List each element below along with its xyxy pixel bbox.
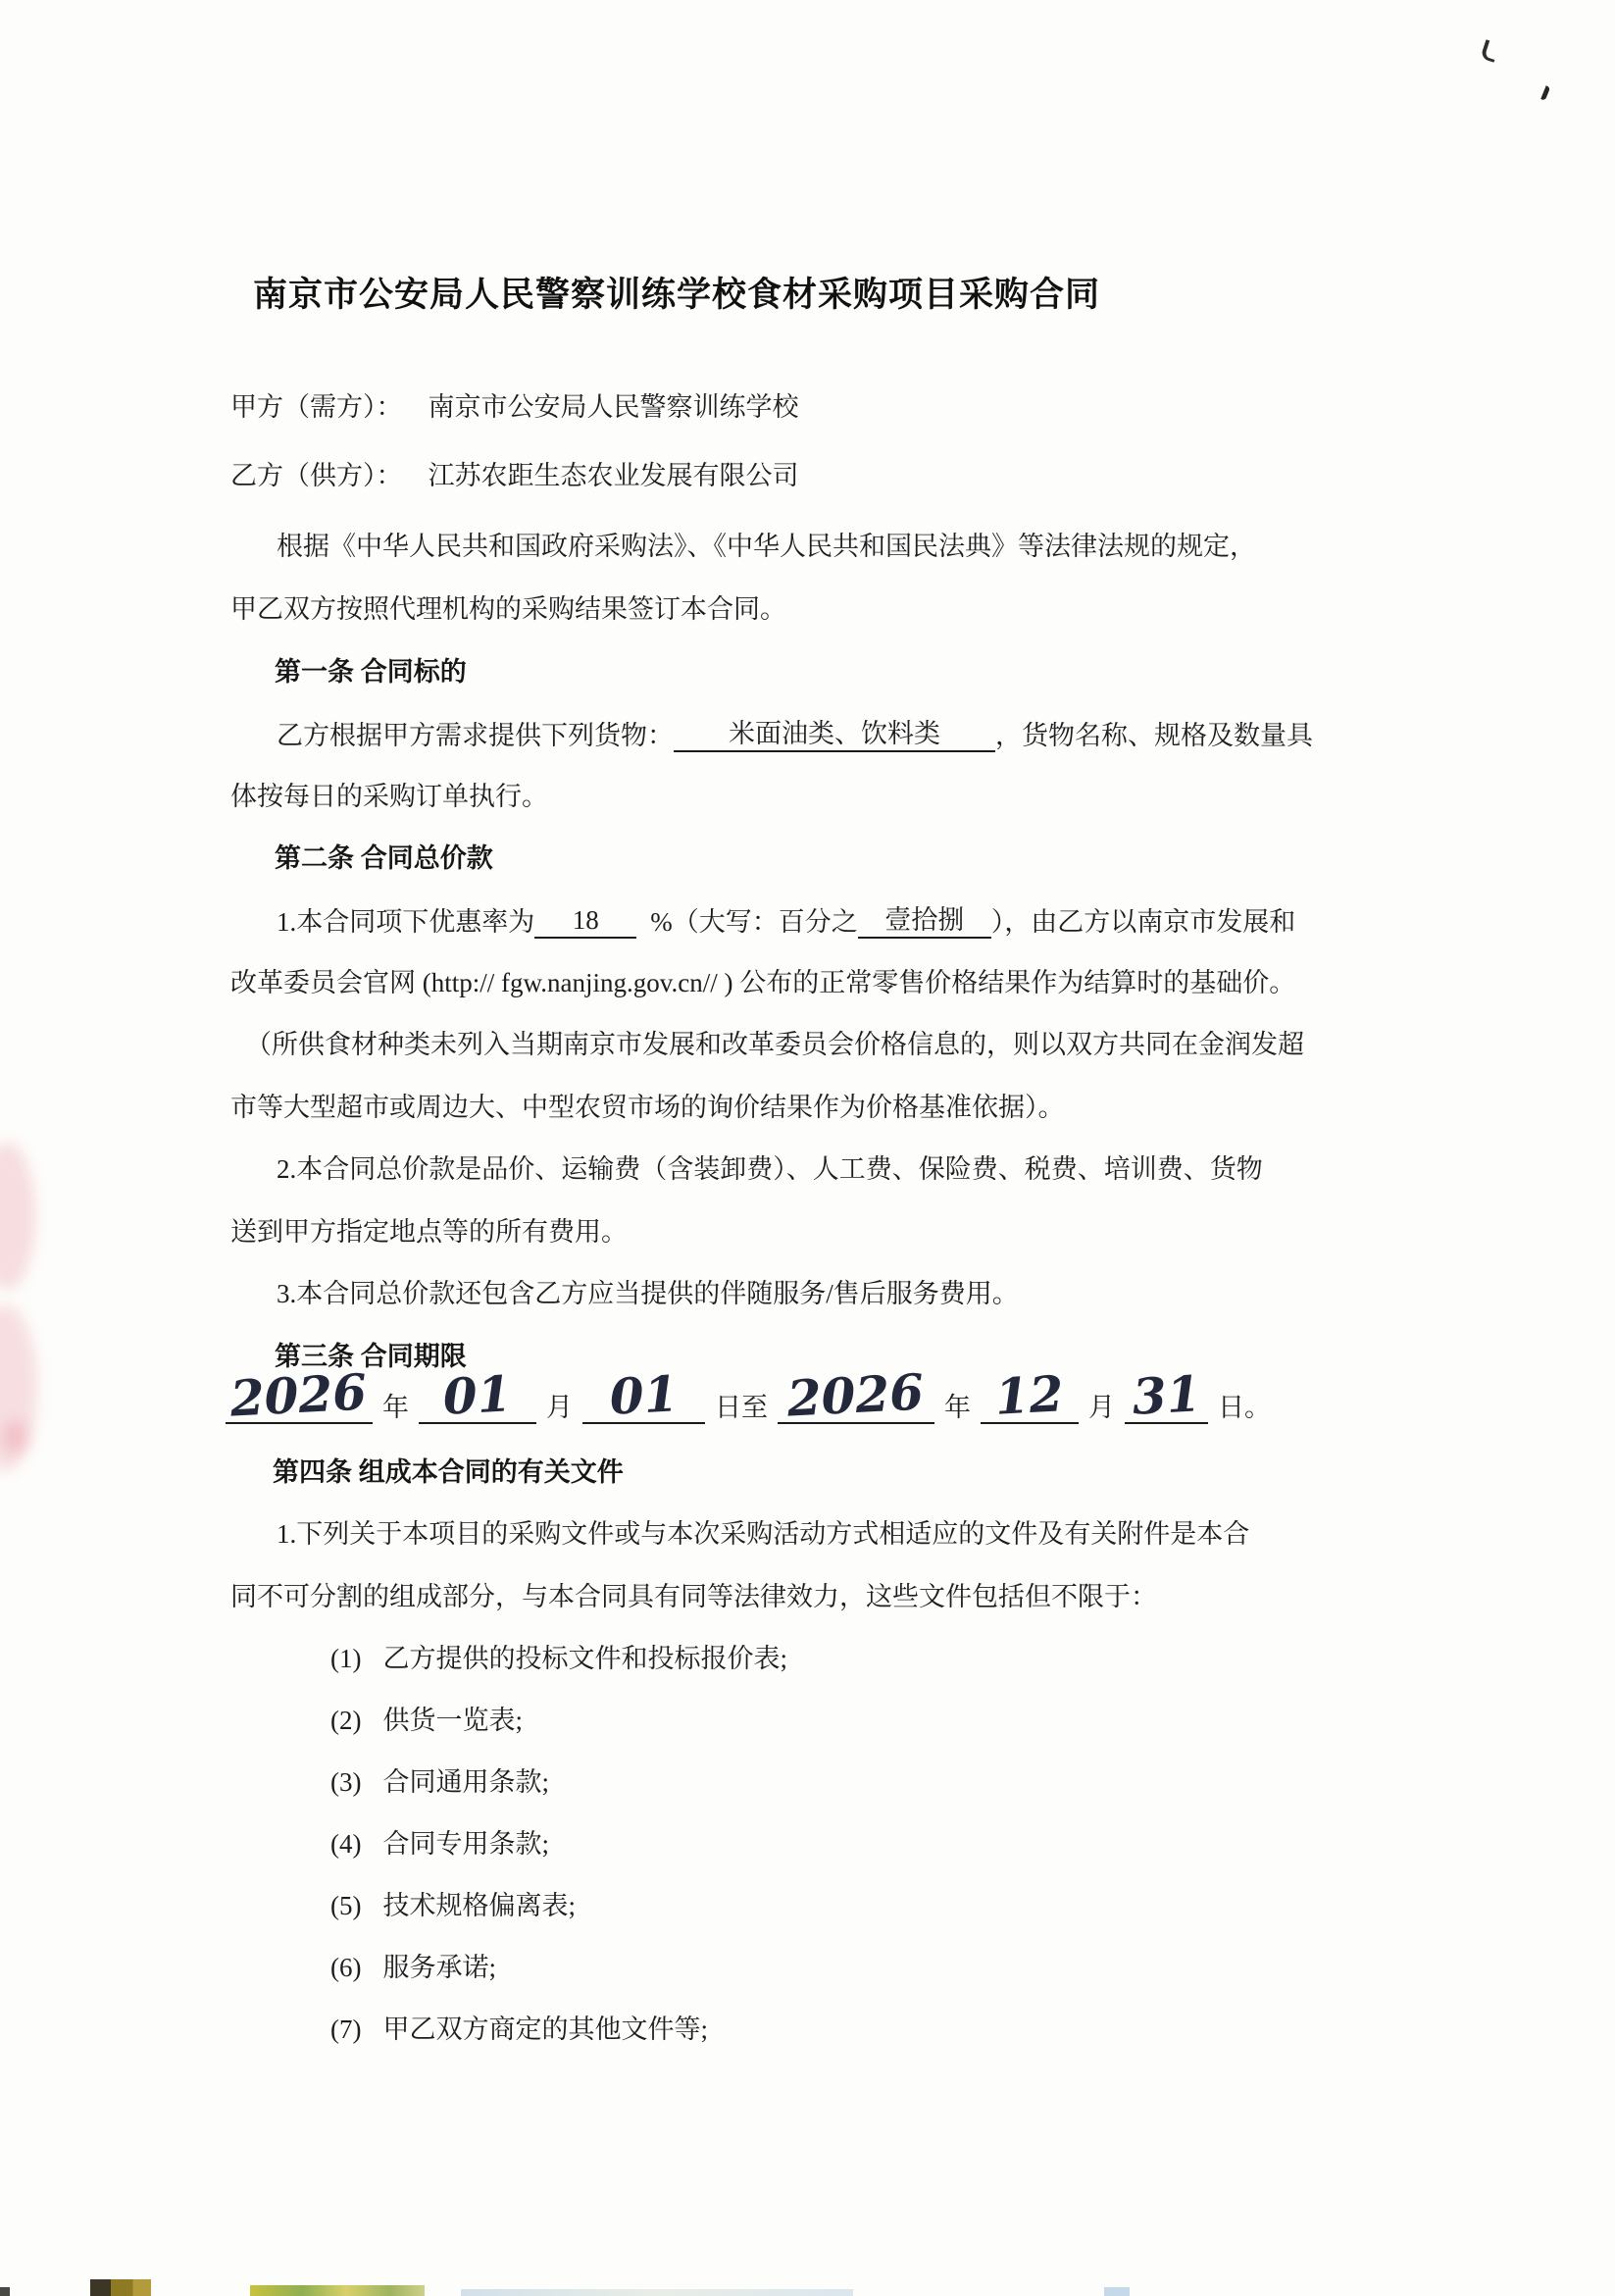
start-day-field: 01 — [582, 1385, 705, 1424]
start-year-field: 2026 — [226, 1385, 373, 1424]
start-year-handwriting: 2026 — [230, 1377, 369, 1413]
goods-blank-field: 米面油类、饮料类 — [674, 717, 995, 752]
list-item-number: (4) — [330, 1827, 361, 1861]
scan-edge-artifact — [461, 2289, 853, 2296]
scan-edge-artifact — [250, 2285, 425, 2296]
list-item-number: (6) — [330, 1951, 361, 1984]
list-item: (3)合同通用条款; — [330, 1765, 549, 1799]
stamp-smudge — [0, 1143, 35, 1290]
list-item: (2)供货一览表; — [330, 1704, 523, 1737]
end-month-handwriting: 12 — [994, 1379, 1064, 1412]
list-item: (4)合同专用条款; — [330, 1827, 549, 1861]
article1-clause1-prefix: 乙方根据甲方需求提供下列货物： — [277, 721, 674, 750]
article2-clause1-suffix: ），由乙方以南京市发展和 — [991, 907, 1296, 937]
article2-clause1-line1: 1.本合同项下优惠率为18%（大写：百分之壹拾捌），由乙方以南京市发展和 — [277, 903, 1295, 939]
list-item-text: 乙方提供的投标文件和投标报价表; — [382, 1644, 787, 1673]
party-b-line: 乙方（供方）：江苏农距生态农业发展有限公司 — [230, 459, 799, 492]
contract-period-line: 2026 年 01 月 01 日至 2026 年 12 月 31 日。 — [226, 1385, 1281, 1424]
scanned-contract-page: 南京市公安局人民警察训练学校食材采购项目采购合同 甲方（需方）：南京市公安局人民… — [0, 0, 1615, 2296]
discount-rate-field: 18 — [534, 903, 636, 939]
party-b-label: 乙方（供方）： — [230, 461, 403, 490]
article2-clause1-prefix: 1.本合同项下优惠率为 — [277, 907, 534, 937]
article2-clause1-line2: 改革委员会官网 (http:// fgw.nanjing.gov.cn// ) … — [230, 966, 1295, 999]
list-item-number: (3) — [330, 1765, 361, 1799]
article2-clause3: 3.本合同总价款还包含乙方应当提供的伴随服务/售后服务费用。 — [277, 1277, 1019, 1310]
list-item-text: 合同专用条款; — [382, 1829, 549, 1859]
article2-clause1-line4: 市等大型超市或周边大、中型农贸市场的询价结果作为价格基准依据）。 — [230, 1091, 1065, 1124]
scan-edge-artifact — [0, 2287, 10, 2296]
list-item-number: (2) — [330, 1704, 361, 1737]
party-a-line: 甲方（需方）：南京市公安局人民警察训练学校 — [230, 390, 799, 424]
list-item-text: 服务承诺; — [382, 1953, 496, 1982]
list-item-text: 甲乙双方商定的其他文件等; — [382, 2015, 708, 2044]
list-item-number: (7) — [330, 2013, 361, 2046]
article4-clause1-line2: 同不可分割的组成部分，与本合同具有同等法律效力，这些文件包括但不限于： — [230, 1580, 1157, 1613]
article1-heading: 第一条 合同标的 — [275, 655, 467, 689]
end-year-label: 年 — [934, 1391, 981, 1424]
article2-heading: 第二条 合同总价款 — [275, 842, 493, 875]
day-end-label: 日。 — [1208, 1391, 1281, 1424]
list-item-number: (5) — [330, 1889, 361, 1922]
article1-clause1-line2: 体按每日的采购订单执行。 — [230, 780, 548, 813]
stamp-smudge — [2, 1420, 27, 1454]
preamble-line-1: 根据《中华人民共和国政府采购法》、《中华人民共和国民法典》等法律法规的规定， — [277, 530, 1256, 563]
ink-speck-icon — [1480, 39, 1499, 63]
contract-title: 南京市公安局人民警察训练学校食材采购项目采购合同 — [253, 279, 1100, 312]
list-item: (6)服务承诺; — [330, 1951, 496, 1984]
article4-clause1-line1: 1.下列关于本项目的采购文件或与本次采购活动方式相适应的文件及有关附件是本合 — [277, 1517, 1249, 1551]
article1-clause1-suffix: ，货物名称、规格及数量具 — [995, 721, 1313, 750]
article4-heading: 第四条 组成本合同的有关文件 — [273, 1455, 624, 1489]
party-a-value: 南京市公安局人民警察训练学校 — [429, 392, 799, 422]
end-day-handwriting: 31 — [1132, 1379, 1201, 1412]
scan-edge-artifact — [1104, 2287, 1130, 2296]
discount-rate-cn-field: 壹拾捌 — [858, 903, 991, 939]
ink-speck-icon — [1534, 82, 1551, 101]
article2-clause2-line2: 送到甲方指定地点等的所有费用。 — [230, 1215, 628, 1249]
list-item-number: (1) — [330, 1642, 361, 1675]
list-item-text: 供货一览表; — [382, 1706, 523, 1735]
list-item: (7)甲乙双方商定的其他文件等; — [330, 2013, 708, 2046]
start-month-field: 01 — [419, 1385, 536, 1424]
article2-clause1-line3: （所供食材种类未列入当期南京市发展和改革委员会价格信息的，则以双方共同在金润发超 — [245, 1028, 1304, 1061]
year-label: 年 — [373, 1391, 419, 1424]
list-item-text: 合同通用条款; — [382, 1767, 549, 1797]
list-item: (1)乙方提供的投标文件和投标报价表; — [330, 1642, 787, 1675]
article1-clause1-line1: 乙方根据甲方需求提供下列货物：米面油类、饮料类，货物名称、规格及数量具 — [277, 717, 1313, 752]
list-item-text: 技术规格偏离表; — [382, 1891, 576, 1920]
end-month-label: 月 — [1079, 1391, 1125, 1424]
article2-clause2-line1: 2.本合同总价款是品价、运输费（含装卸费）、人工费、保险费、税费、培训费、货物 — [277, 1152, 1263, 1186]
scan-edge-artifact — [90, 2279, 151, 2296]
party-a-label: 甲方（需方）： — [230, 392, 403, 422]
list-item: (5)技术规格偏离表; — [330, 1889, 576, 1922]
start-day-handwriting: 01 — [609, 1379, 679, 1412]
end-month-field: 12 — [981, 1385, 1079, 1424]
to-label: 日至 — [705, 1391, 778, 1424]
end-year-handwriting: 2026 — [787, 1377, 926, 1413]
party-b-value: 江苏农距生态农业发展有限公司 — [429, 461, 799, 490]
start-month-handwriting: 01 — [442, 1379, 512, 1412]
article2-clause1-mid: %（大写：百分之 — [650, 907, 858, 937]
end-day-field: 31 — [1125, 1385, 1208, 1424]
end-year-field: 2026 — [778, 1385, 934, 1424]
month-label: 月 — [536, 1391, 582, 1424]
preamble-line-2: 甲乙双方按照代理机构的采购结果签订本合同。 — [230, 592, 786, 626]
